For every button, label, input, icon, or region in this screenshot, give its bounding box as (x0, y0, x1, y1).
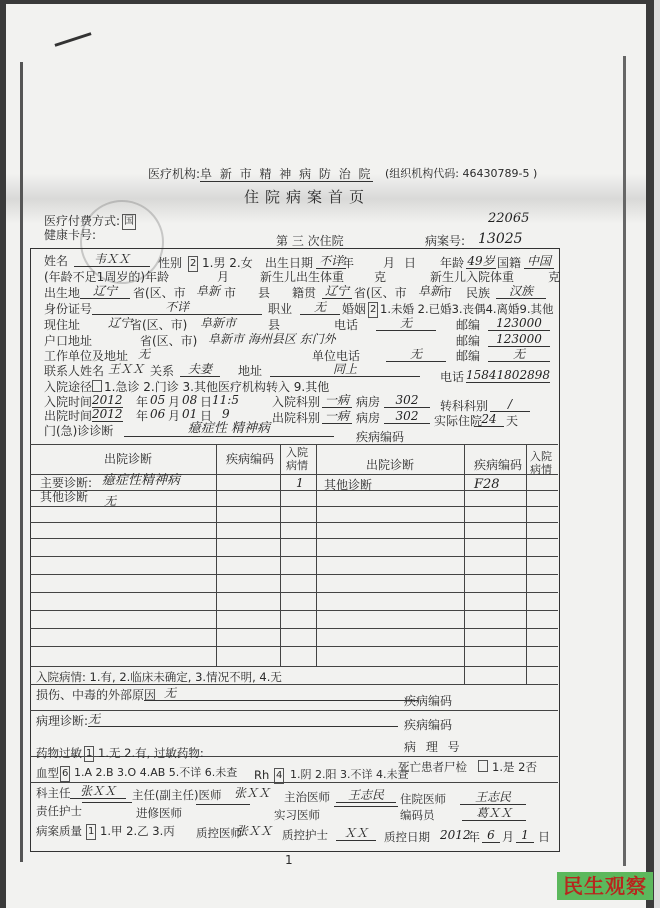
pathology-value: 无 (88, 712, 398, 727)
injury-value: 无 (144, 686, 418, 701)
relation-value: 夫妻 (180, 362, 220, 377)
condition-legend: 入院病情: 1.有, 2.临床未确定, 3.情况不明, 4.无 (36, 670, 282, 684)
phone-value: 无 (376, 316, 436, 331)
header-discharge-dx: 出院诊断 (104, 452, 152, 466)
page-border-right (623, 56, 626, 866)
admission-dept-label: 入院科别 (272, 395, 320, 409)
transfer-label: 转科科别 (440, 399, 488, 413)
divider (30, 782, 558, 783)
discharge-ward: 302 (384, 409, 430, 424)
county-label: 县 (258, 286, 270, 300)
admission-count: 第 三 次住院 (276, 234, 344, 248)
city-label-2: 市 (440, 286, 452, 300)
other-dx-label: 其他诊断 (40, 490, 88, 504)
director-signature: 张ＸＸ (70, 784, 126, 799)
qc-nurse-signature: ＸＸ (336, 826, 376, 841)
name-label: 姓名 (44, 254, 68, 268)
ward-label: 病房 (356, 395, 380, 409)
sex-label: 性别 (158, 256, 182, 270)
admission-month-label: 月 (168, 395, 180, 409)
discharge-hour: 9 (222, 407, 230, 421)
blood-options: 1.A 2.B 3.O 4.AB 5.不详 6.未查 (74, 766, 237, 780)
id-label: 身份证号 (44, 302, 92, 316)
county-label-2: 县 (268, 318, 280, 332)
hukou-value: 阜新市 海州县区 东门外 (208, 332, 336, 346)
pathology-label: 病理诊断: (36, 714, 88, 728)
route-label: 入院途径 (44, 380, 92, 394)
quality-box: 1 (86, 824, 96, 840)
contact-phone-label: 电话 (440, 370, 464, 384)
postcode-label: 邮编 (456, 318, 480, 332)
table-row-line (30, 628, 558, 629)
header-admit-condition: 入院病情 (286, 446, 310, 472)
resident-signature: 王志民 (460, 790, 526, 805)
divider (30, 684, 558, 685)
institution-label: 医疗机构: (148, 167, 200, 181)
attending-label: 主治医师 (284, 790, 330, 804)
admission-month: 05 (150, 393, 165, 407)
birth-label: 出生日期 (265, 256, 313, 270)
transfer-value: / (490, 397, 530, 412)
health-card-label: 健康卡号: (44, 228, 96, 242)
header-admit-condition-2: 入院病情 (530, 450, 554, 476)
province-label: 省(区、市 (133, 286, 186, 300)
day-label: 日 (404, 256, 416, 270)
trainee-label: 进修医师 (136, 806, 182, 820)
page-border-left (20, 62, 23, 862)
year-label: 年 (342, 256, 354, 270)
quality-options: 1.甲 2.乙 3.丙 (100, 824, 175, 838)
marriage-options: 1.未婚 2.已婚3.丧偶4.离婚9.其他 (380, 302, 554, 316)
blood-box: 6 (60, 766, 70, 782)
native-city: 阜新 (418, 284, 442, 298)
intern-value (334, 806, 398, 807)
work-phone-value: 无 (386, 347, 446, 362)
payment-box: 国 (122, 214, 136, 230)
table-row-line (30, 538, 558, 539)
watermark-badge: 民生观察 (557, 872, 653, 900)
resident-label: 住院医师 (400, 792, 446, 806)
sex-options: 1.男 2.女 (202, 256, 253, 270)
discharge-month-label: 月 (168, 409, 180, 423)
newborn-admit-weight-label: 新生儿入院体重 (430, 270, 514, 284)
main-dx-condition: 1 (296, 476, 304, 490)
right-other-dx-label: 其他诊断 (324, 478, 372, 492)
city-label: 市 (224, 286, 236, 300)
intern-label: 实习医师 (274, 808, 320, 822)
table-row-line (30, 610, 558, 611)
nurse-label: 责任护士 (36, 804, 82, 818)
main-dx-label: 主要诊断: (40, 476, 92, 490)
work-postcode-label: 邮编 (456, 349, 480, 363)
native-label: 籍贯 (292, 286, 316, 300)
route-options: 1.急诊 2.门诊 3.其他医疗机构转入 9.其他 (104, 380, 329, 394)
admission-hour: 11:5 (212, 393, 239, 407)
sex-box: 2 (188, 256, 198, 272)
ethnicity-value: 汉族 (496, 284, 546, 299)
admission-dept: 一病 (322, 393, 352, 408)
stay-unit: 天 (506, 414, 518, 428)
discharge-year-label: 年 (136, 409, 148, 423)
main-dx-value: 癔症性精神病 (102, 474, 180, 488)
outpatient-dx-label: 门(急)诊诊断 (44, 424, 113, 438)
qc-year-label: 年 (468, 830, 480, 844)
qc-doctor-signature: 张ＸＸ (236, 824, 272, 838)
birthplace-label: 出生地 (44, 286, 80, 300)
contact-label: 联系人姓名 (44, 364, 104, 378)
record-number-label: 病案号: (425, 234, 465, 248)
pathology-dx-code-label: 疾病编码 (404, 718, 452, 732)
divider (30, 710, 558, 711)
work-phone-label: 单位电话 (312, 349, 360, 363)
allergy-label: 药物过敏 (36, 746, 82, 760)
work-label: 工作单位及地址 (44, 349, 128, 363)
newborn-weight-label: 新生儿出生体重 (260, 270, 344, 284)
postcode-value: 123000 (488, 316, 550, 331)
page-number: 1 (285, 853, 293, 867)
rh-options: 1.阴 2.阳 3.不详 4.未查 (290, 768, 408, 782)
page-title: 住院病案首页 (244, 190, 370, 204)
name-value: 韦ＸＸ (74, 252, 150, 267)
admission-year-label: 年 (136, 395, 148, 409)
injury-label: 损伤、中毒的外部原因 (36, 688, 156, 702)
chief-signature: 张ＸＸ (234, 786, 270, 800)
admission-time-label: 入院时间 (44, 395, 92, 409)
director-label: 科主任 (36, 786, 71, 800)
table-top-border (30, 444, 558, 445)
coder-signature: 葛ＸＸ (462, 806, 526, 821)
contact-address-label: 地址 (238, 364, 262, 378)
other-dx-value: 无 (104, 494, 116, 508)
blood-label: 血型 (36, 766, 59, 780)
month-label: 月 (383, 256, 395, 270)
contact-address-value: 同上 (270, 362, 420, 377)
admission-day: 08 (182, 393, 197, 407)
birthplace-province: 辽宁 (80, 284, 130, 299)
trainee-value (196, 804, 250, 805)
allergy-box: 1 (84, 746, 94, 762)
chief-label: 主任(副主任)医师 (132, 788, 221, 802)
quality-label: 病案质量 (36, 824, 82, 838)
table-col-line (280, 444, 281, 666)
record-number-extra: 22065 (488, 212, 529, 226)
admission-year: 2012 (92, 393, 123, 408)
table-row-line (30, 592, 558, 593)
qc-day-label: 日 (538, 830, 550, 844)
route-box (92, 380, 102, 392)
address-label: 现住址 (44, 318, 80, 332)
province-label-2: 省(区、市 (354, 286, 407, 300)
institution-name: 阜 新 市 精 神 病 防 治 院 (200, 167, 373, 182)
injury-dx-code-label: 疾病编码 (404, 694, 452, 708)
address-province: 辽宁 (108, 316, 132, 330)
table-col-line (526, 444, 527, 684)
phone-label: 电话 (334, 318, 358, 332)
org-code: (组织机构代码: 46430789-5 ) (385, 167, 537, 181)
page-edge (654, 0, 660, 908)
nurse-value (82, 802, 132, 803)
occupation-value: 无 (300, 300, 340, 315)
address-city: 阜新市 (200, 316, 236, 330)
work-postcode: 无 (488, 347, 550, 362)
admission-day-label: 日 (200, 395, 212, 409)
nationality-value: 中国 (524, 254, 554, 269)
work-value: 无 (138, 347, 150, 361)
table-row-line (30, 556, 558, 557)
record-number-value: 13025 (478, 232, 523, 246)
table-row-line (30, 522, 558, 523)
qc-year: 2012 (440, 828, 471, 842)
marriage-label: 婚姻 (342, 302, 366, 316)
table-col-line (464, 444, 465, 684)
allergy-options: 1.无 2.有, 过敏药物: (98, 746, 204, 760)
age-value: 49岁 (466, 254, 496, 269)
header-dx-code: 疾病编码 (226, 452, 274, 466)
right-dx-code: F28 (474, 478, 500, 492)
pathology-no-label: 病 理 号 (404, 740, 463, 754)
qc-month: 6 (482, 828, 500, 843)
native-province: 辽宁 (322, 284, 352, 299)
payment-label: 医疗付费方式: (44, 214, 120, 228)
outpatient-dx-value: 癔症性 精神病 (124, 422, 334, 437)
admission-ward: 302 (384, 393, 430, 408)
nationality-label: 国籍 (497, 256, 521, 270)
table-bottom-line (30, 666, 558, 667)
infant-age-label: (年龄不足1周岁的)年龄 (44, 270, 169, 284)
table-col-line (316, 444, 317, 666)
discharge-time-label: 出院时间 (44, 409, 92, 423)
outpatient-dx-code-label: 疾病编码 (356, 430, 404, 444)
hukou-postcode-label: 邮编 (456, 334, 480, 348)
hukou-label: 户口地址 (44, 334, 92, 348)
qc-day: 1 (516, 828, 534, 843)
id-value: 不详 (92, 300, 262, 315)
autopsy-box (478, 760, 488, 772)
qc-date-label: 质控日期 (384, 830, 430, 844)
occupation-label: 职业 (268, 302, 292, 316)
contact-value: 王ＸＸ (108, 362, 144, 376)
autopsy-options: 1.是 2否 (492, 760, 537, 774)
rh-label: Rh (254, 768, 269, 782)
relation-label: 关系 (150, 364, 174, 378)
discharge-year: 2012 (92, 407, 123, 422)
hukou-province-label: 省(区、市) (140, 334, 197, 348)
header-dx-code-2: 疾病编码 (474, 458, 522, 472)
discharge-day: 01 (182, 407, 197, 421)
table-col-line (216, 444, 217, 666)
attending-signature: 王志民 (336, 788, 396, 803)
table-row-line (30, 574, 558, 575)
stay-value: 24 (474, 412, 504, 427)
hukou-postcode: 123000 (488, 332, 550, 347)
qc-month-label: 月 (502, 830, 514, 844)
header-discharge-dx-2: 出院诊断 (366, 458, 414, 472)
coder-label: 编码员 (400, 808, 435, 822)
birthplace-city: 阜新 (196, 284, 220, 298)
discharge-month: 06 (150, 407, 165, 421)
address-province-label: 省(区、市) (130, 318, 187, 332)
qc-nurse-label: 质控护士 (282, 828, 328, 842)
ward-label-2: 病房 (356, 411, 380, 425)
age-label: 年龄 (440, 256, 464, 270)
ethnicity-label: 民族 (466, 286, 490, 300)
gram-label-2: 克 (548, 270, 560, 284)
table-row-line (30, 646, 558, 647)
gram-label: 克 (374, 270, 386, 284)
contact-phone-value: 15841802898 (466, 368, 550, 383)
infant-month-label: 月 (217, 270, 229, 284)
